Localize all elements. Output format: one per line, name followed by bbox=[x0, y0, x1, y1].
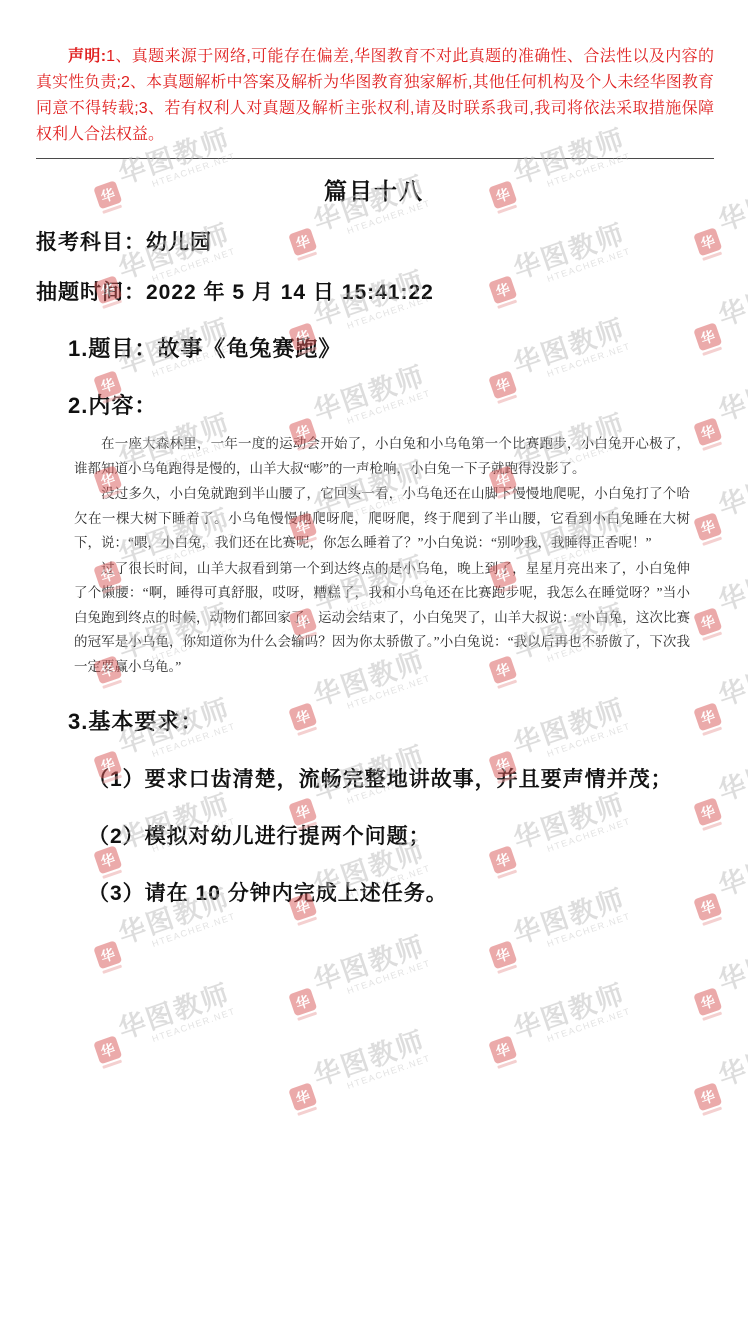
story-paragraph: 过了很长时间，山羊大叔看到第一个到达终点的是小乌龟，晚上到了，星星月亮出来了，小… bbox=[74, 557, 690, 680]
time-label: 抽题时间： bbox=[36, 281, 146, 304]
watermark-text: 华图教师 HTEACHER.NET bbox=[115, 980, 237, 1053]
story-content: 在一座大森林里，一年一度的运动会开始了，小白兔和小乌龟第一个比赛跑步，小白兔开心… bbox=[74, 432, 690, 679]
disclaimer-body: 1、真题来源于网络,可能存在偏差,华图教育不对此真题的准确性、合法性以及内容的真… bbox=[36, 48, 714, 143]
watermark: 华 华图教师 HTEACHER.NET bbox=[283, 932, 432, 1014]
document-page: 声明:1、真题来源于网络,可能存在偏差,华图教育不对此真题的准确性、合法性以及内… bbox=[0, 0, 748, 1335]
watermark-brand-text: 华图教师 bbox=[115, 980, 233, 1042]
huatu-logo-caption bbox=[297, 1107, 317, 1116]
huatu-logo-icon: 华 bbox=[488, 940, 517, 969]
huatu-logo-glyph: 华 bbox=[698, 610, 718, 633]
subject-label: 报考科目： bbox=[36, 231, 146, 254]
huatu-logo-icon: 华 bbox=[93, 940, 122, 969]
huatu-logo-caption bbox=[102, 680, 122, 689]
requirement-item: （1）要求口齿清楚，流畅完整地讲故事，并且要声情并茂； bbox=[88, 763, 748, 793]
time-value: 2022 年 5 月 14 日 15:41:22 bbox=[146, 281, 434, 304]
content-heading: 2.内容： bbox=[68, 389, 748, 420]
page-title: 篇目十八 bbox=[0, 173, 748, 206]
huatu-logo-glyph: 华 bbox=[493, 848, 513, 871]
watermark: 华 华图教师 HTEACHER.NET bbox=[688, 457, 748, 539]
huatu-logo-icon: 华 bbox=[693, 607, 722, 636]
huatu-logo-icon: 华 bbox=[93, 1035, 122, 1064]
huatu-logo-glyph: 华 bbox=[293, 1085, 313, 1108]
watermark-brand-text: 华图教师 bbox=[310, 1027, 428, 1089]
huatu-logo-glyph: 华 bbox=[98, 848, 118, 871]
huatu-logo-icon: 华 bbox=[693, 417, 722, 446]
watermark-domain-text: HTEACHER.NET bbox=[724, 1053, 748, 1100]
watermark-text: 华图教师 HTEACHER.NET bbox=[310, 932, 432, 1005]
requirement-item: （3）请在 10 分钟内完成上述任务。 bbox=[88, 877, 748, 907]
huatu-logo-caption bbox=[702, 917, 722, 926]
watermark-text: 华图教师 HTEACHER.NET bbox=[715, 932, 748, 1005]
watermark-domain-text: HTEACHER.NET bbox=[519, 911, 632, 958]
story-paragraph: 在一座大森林里，一年一度的运动会开始了，小白兔和小乌龟第一个比赛跑步，小白兔开心… bbox=[74, 432, 690, 481]
huatu-logo-caption bbox=[102, 1060, 122, 1069]
question-title-heading: 1.题目：故事《龟兔赛跑》 bbox=[68, 332, 748, 363]
huatu-logo-glyph: 华 bbox=[293, 990, 313, 1013]
watermark-domain-text: HTEACHER.NET bbox=[319, 1053, 432, 1100]
huatu-logo-caption bbox=[497, 1060, 517, 1069]
watermark: 华 华图教师 HTEACHER.NET bbox=[688, 1027, 748, 1109]
watermark-brand-text: 华图教师 bbox=[715, 932, 748, 994]
subject-value: 幼儿园 bbox=[146, 231, 212, 254]
watermark-brand-text: 华图教师 bbox=[715, 457, 748, 519]
huatu-logo-caption bbox=[497, 965, 517, 974]
subject-row: 报考科目：幼儿园 bbox=[36, 226, 748, 256]
watermark-text: 华图教师 HTEACHER.NET bbox=[310, 1027, 432, 1100]
huatu-logo-glyph: 华 bbox=[698, 515, 718, 538]
watermark-brand-text: 华图教师 bbox=[510, 980, 628, 1042]
huatu-logo-caption bbox=[297, 917, 317, 926]
watermark-text: 华图教师 HTEACHER.NET bbox=[715, 552, 748, 625]
watermark-text: 华图教师 HTEACHER.NET bbox=[510, 980, 632, 1053]
huatu-logo-icon: 华 bbox=[288, 1082, 317, 1111]
watermark: 华 华图教师 HTEACHER.NET bbox=[688, 552, 748, 634]
huatu-logo-glyph: 华 bbox=[493, 943, 513, 966]
huatu-logo-caption bbox=[702, 1012, 722, 1021]
huatu-logo-icon: 华 bbox=[488, 1035, 517, 1064]
huatu-logo-caption bbox=[702, 537, 722, 546]
huatu-logo-glyph: 华 bbox=[98, 1038, 118, 1061]
huatu-logo-glyph: 华 bbox=[698, 1085, 718, 1108]
watermark-domain-text: HTEACHER.NET bbox=[319, 958, 432, 1005]
watermark-domain-text: HTEACHER.NET bbox=[724, 483, 748, 530]
huatu-logo-caption bbox=[702, 1107, 722, 1116]
huatu-logo-glyph: 华 bbox=[98, 943, 118, 966]
watermark-brand-text: 华图教师 bbox=[715, 1027, 748, 1089]
huatu-logo-glyph: 华 bbox=[493, 1038, 513, 1061]
divider-line bbox=[36, 158, 714, 159]
huatu-logo-caption bbox=[102, 965, 122, 974]
watermark-brand-text: 华图教师 bbox=[715, 647, 748, 709]
huatu-logo-caption bbox=[702, 442, 722, 451]
watermark-domain-text: HTEACHER.NET bbox=[124, 911, 237, 958]
disclaimer-text: 声明:1、真题来源于网络,可能存在偏差,华图教育不对此真题的准确性、合法性以及内… bbox=[36, 44, 714, 148]
watermark: 华 华图教师 HTEACHER.NET bbox=[283, 1027, 432, 1109]
watermark-text: 华图教师 HTEACHER.NET bbox=[715, 1027, 748, 1100]
watermark-brand-text: 华图教师 bbox=[715, 552, 748, 614]
requirements-heading: 3.基本要求： bbox=[68, 705, 748, 736]
requirement-item: （2）模拟对幼儿进行提两个问题； bbox=[88, 820, 748, 850]
huatu-logo-glyph: 华 bbox=[698, 990, 718, 1013]
huatu-logo-glyph: 华 bbox=[698, 420, 718, 443]
huatu-logo-icon: 华 bbox=[693, 512, 722, 541]
time-row: 抽题时间：2022 年 5 月 14 日 15:41:22 bbox=[36, 276, 748, 306]
huatu-logo-icon: 华 bbox=[288, 987, 317, 1016]
watermark-brand-text: 华图教师 bbox=[310, 932, 428, 994]
watermark-domain-text: HTEACHER.NET bbox=[724, 578, 748, 625]
huatu-logo-caption bbox=[497, 680, 517, 689]
watermark: 华 华图教师 HTEACHER.NET bbox=[88, 980, 237, 1062]
huatu-logo-icon: 华 bbox=[693, 987, 722, 1016]
watermark-domain-text: HTEACHER.NET bbox=[724, 958, 748, 1005]
watermark-text: 华图教师 HTEACHER.NET bbox=[715, 457, 748, 530]
story-paragraph: 没过多久，小白兔就跑到半山腰了，它回头一看，小乌龟还在山脚下慢慢地爬呢，小白兔打… bbox=[74, 482, 690, 556]
watermark-domain-text: HTEACHER.NET bbox=[519, 1006, 632, 1053]
huatu-logo-caption bbox=[297, 1012, 317, 1021]
watermark: 华 华图教师 HTEACHER.NET bbox=[688, 932, 748, 1014]
watermark-domain-text: HTEACHER.NET bbox=[124, 1006, 237, 1053]
huatu-logo-icon: 华 bbox=[693, 1082, 722, 1111]
watermark: 华 华图教师 HTEACHER.NET bbox=[483, 980, 632, 1062]
huatu-logo-caption bbox=[702, 632, 722, 641]
disclaimer-label: 声明: bbox=[68, 48, 106, 65]
